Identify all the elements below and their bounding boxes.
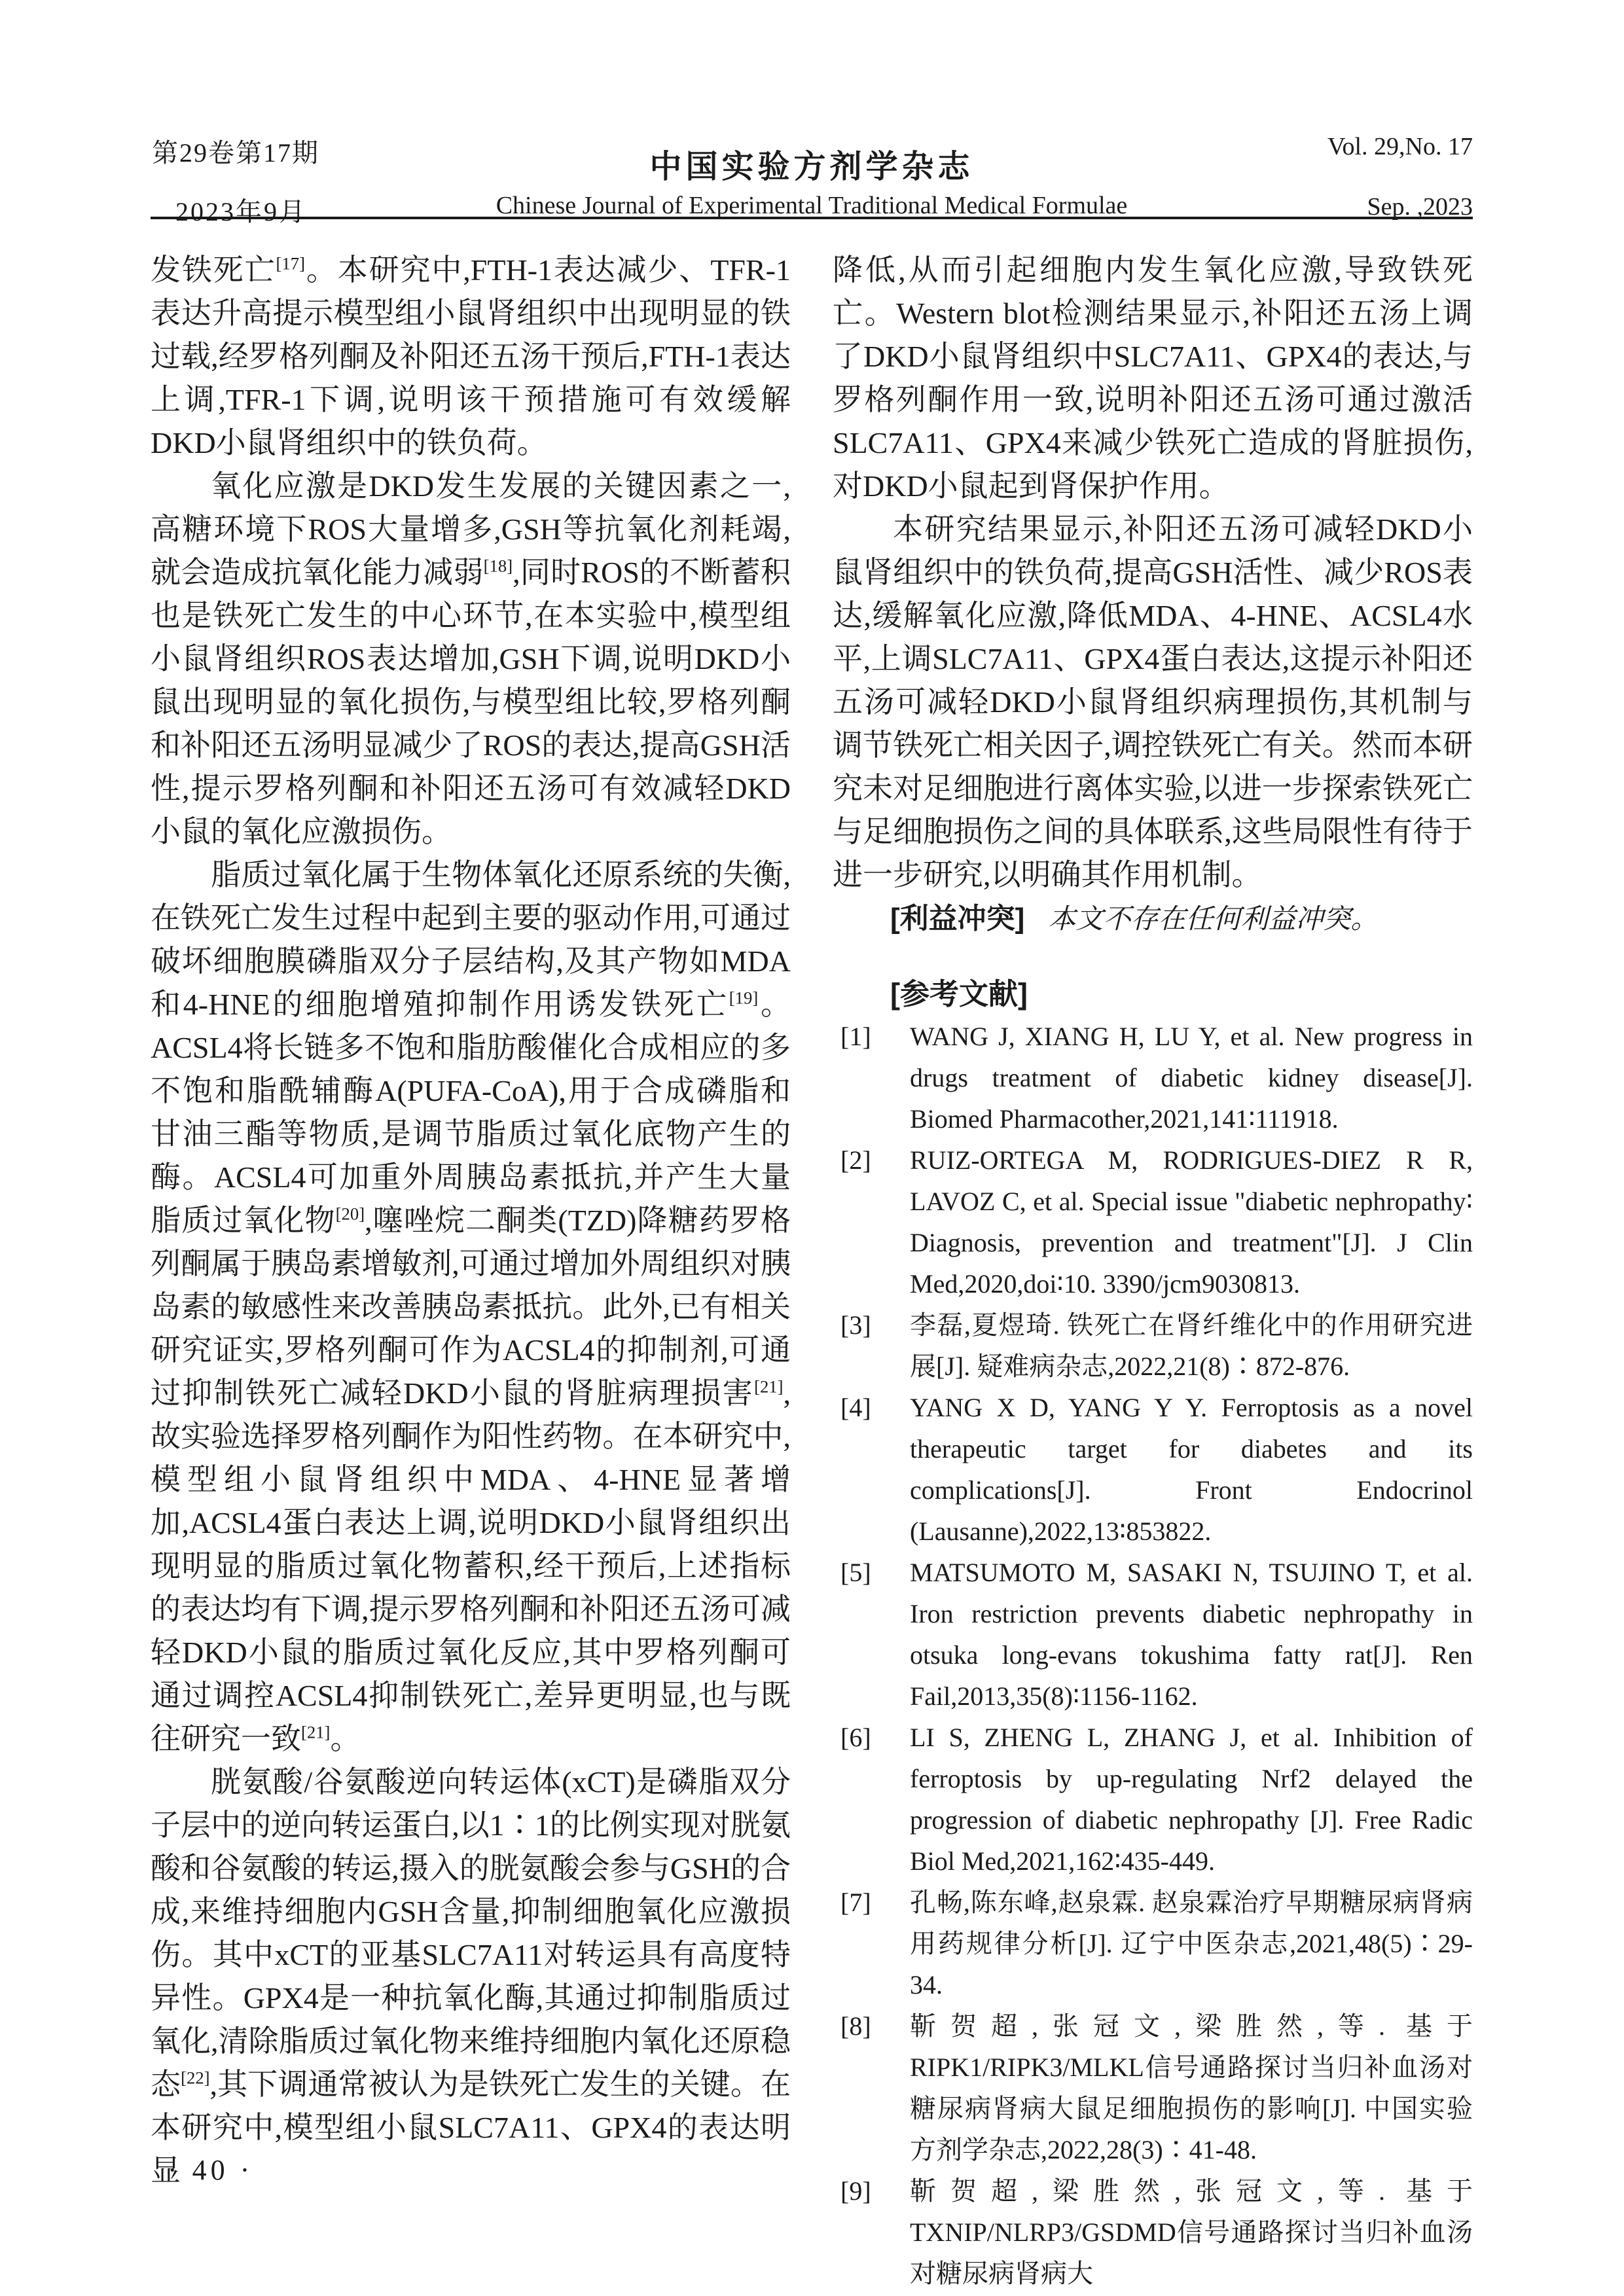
reference-item: [4]YANG X D, YANG Y Y. Ferroptosis as a …	[833, 1387, 1473, 1552]
reference-number: [1]	[833, 1016, 889, 1057]
reference-text: 李磊,夏煜琦. 铁死亡在肾纤维化中的作用研究进展[J]. 疑难病杂志,2022,…	[910, 1304, 1473, 1387]
right-column: 降低,从而引起细胞内发生氧化应激,导致铁死亡。Western blot检测结果显…	[833, 249, 1473, 2294]
reference-text: 靳贺超,张冠文,梁胜然,等. 基于RIPK1/RIPK3/MLKL信号通路探讨当…	[910, 2005, 1473, 2170]
reference-number: [2]	[833, 1139, 889, 1181]
reference-item: [9]靳贺超,梁胜然,张冠文,等. 基于TXNIP/NLRP3/GSDMD信号通…	[833, 2170, 1473, 2294]
journal-page: 第29卷第17期 2023年9月 中国实验方剂学杂志 Chinese Journ…	[0, 0, 1624, 2296]
reference-item: [1]WANG J, XIANG H, LU Y, et al. New pro…	[833, 1016, 1473, 1139]
reference-number: [9]	[833, 2170, 889, 2212]
paragraph: 发铁死亡[17]。本研究中,FTH-1表达减少、TFR-1表达升高提示模型组小鼠…	[151, 249, 791, 465]
paragraph: 本研究结果显示,补阳还五汤可减轻DKD小鼠肾组织中的铁负荷,提高GSH活性、减少…	[833, 508, 1473, 897]
left-column: 发铁死亡[17]。本研究中,FTH-1表达减少、TFR-1表达升高提示模型组小鼠…	[151, 249, 791, 2193]
reference-text: 孔畅,陈东峰,赵泉霖. 赵泉霖治疗早期糖尿病肾病用药规律分析[J]. 辽宁中医杂…	[910, 1882, 1473, 2005]
conflict-of-interest: [利益冲突]本文不存在任何利益冲突。	[833, 897, 1473, 941]
reference-item: [2]RUIZ-ORTEGA M, RODRIGUES-DIEZ R R, LA…	[833, 1139, 1473, 1304]
reference-number: [3]	[833, 1304, 889, 1346]
right-column-paragraphs: 降低,从而引起细胞内发生氧化应激,导致铁死亡。Western blot检测结果显…	[833, 249, 1473, 897]
reference-text: WANG J, XIANG H, LU Y, et al. New progre…	[910, 1016, 1473, 1139]
references-title: [参考文献]	[833, 973, 1473, 1016]
reference-number: [6]	[833, 1717, 889, 1758]
paragraph: 脂质过氧化属于生物体氧化还原系统的失衡,在铁死亡发生过程中起到主要的驱动作用,可…	[151, 853, 791, 1761]
reference-item: [7]孔畅,陈东峰,赵泉霖. 赵泉霖治疗早期糖尿病肾病用药规律分析[J]. 辽宁…	[833, 1882, 1473, 2005]
header-divider	[151, 217, 1473, 219]
reference-number: [4]	[833, 1387, 889, 1428]
conflict-of-interest-label: [利益冲突]	[890, 903, 1024, 935]
paragraph: 胱氨酸/谷氨酸逆向转运体(xCT)是磷脂双分子层中的逆向转运蛋白,以1∶1的比例…	[151, 1761, 791, 2193]
references-list: [1]WANG J, XIANG H, LU Y, et al. New pro…	[833, 1016, 1473, 2294]
paragraph: 氧化应激是DKD发生发展的关键因素之一,高糖环境下ROS大量增多,GSH等抗氧化…	[151, 465, 791, 853]
reference-text: YANG X D, YANG Y Y. Ferroptosis as a nov…	[910, 1387, 1473, 1552]
reference-number: [5]	[833, 1552, 889, 1593]
page-number: · 40 ·	[168, 2153, 253, 2187]
reference-item: [6]LI S, ZHENG L, ZHANG J, et al. Inhibi…	[833, 1717, 1473, 1882]
paragraph: 降低,从而引起细胞内发生氧化应激,导致铁死亡。Western blot检测结果显…	[833, 249, 1473, 508]
conflict-of-interest-statement: 本文不存在任何利益冲突。	[1048, 905, 1378, 935]
reference-number: [8]	[833, 2005, 889, 2047]
reference-text: LI S, ZHENG L, ZHANG J, et al. Inhibitio…	[910, 1717, 1473, 1882]
header-volume-issue-en: Vol. 29,No. 17	[151, 132, 1473, 161]
reference-text: 靳贺超,梁胜然,张冠文,等. 基于TXNIP/NLRP3/GSDMD信号通路探讨…	[910, 2170, 1473, 2294]
reference-number: [7]	[833, 1882, 889, 1923]
reference-text: RUIZ-ORTEGA M, RODRIGUES-DIEZ R R, LAVOZ…	[910, 1139, 1473, 1304]
reference-text: MATSUMOTO M, SASAKI N, TSUJINO T, et al.…	[910, 1552, 1473, 1717]
reference-item: [3]李磊,夏煜琦. 铁死亡在肾纤维化中的作用研究进展[J]. 疑难病杂志,20…	[833, 1304, 1473, 1387]
reference-item: [8]靳贺超,张冠文,梁胜然,等. 基于RIPK1/RIPK3/MLKL信号通路…	[833, 2005, 1473, 2170]
reference-item: [5]MATSUMOTO M, SASAKI N, TSUJINO T, et …	[833, 1552, 1473, 1717]
